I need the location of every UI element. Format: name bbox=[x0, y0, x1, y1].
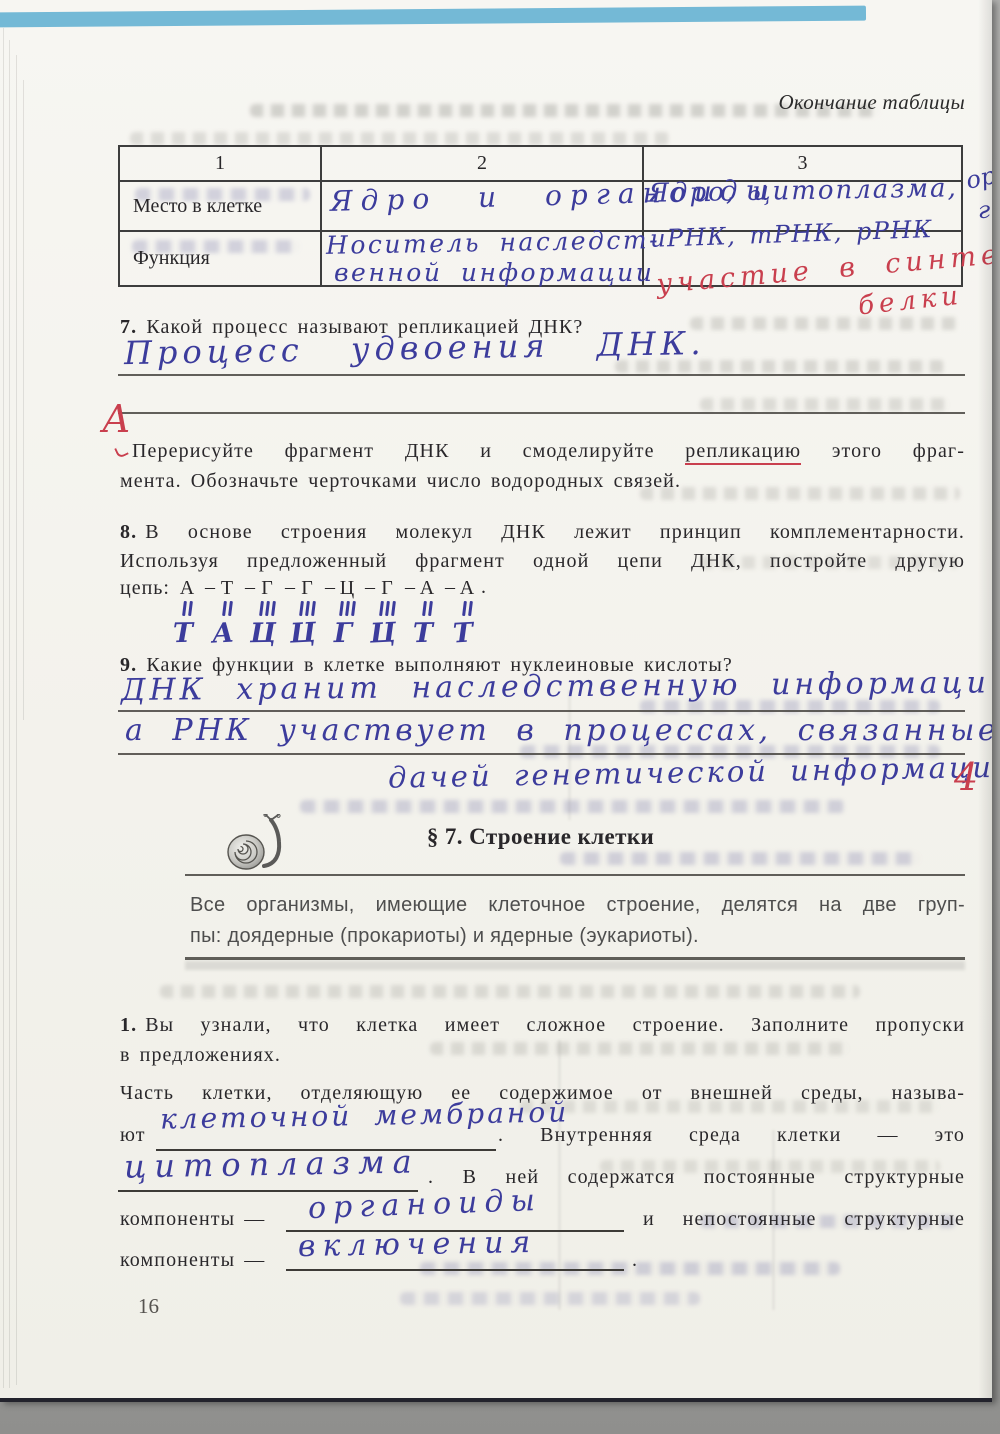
dna-base-letter: Г bbox=[370, 577, 404, 600]
complement-letter: Ц bbox=[285, 617, 321, 650]
hydrogen-bond-stroke bbox=[188, 601, 192, 616]
dna-column: ГЦ bbox=[370, 577, 404, 649]
section-rule bbox=[185, 874, 965, 876]
show-through-smudge bbox=[160, 985, 860, 998]
section-heading: § 7. Строение клетки bbox=[118, 824, 963, 850]
table-continuation-caption: Окончание таблицы bbox=[778, 90, 965, 115]
table-header-cell: 2 bbox=[322, 147, 644, 182]
fill-sentence-line: . Внутренняя среда клетки — это bbox=[498, 1120, 965, 1150]
task-line: мента. Обозначьте черточками число водор… bbox=[120, 466, 965, 496]
page-stack-edge bbox=[9, 40, 10, 1388]
handwritten-answer: венной информации bbox=[334, 260, 654, 285]
question-1: 1.Вы узнали, что клетка имеет сложное ст… bbox=[120, 1010, 965, 1070]
task-line: Перерисуйте фрагмент ДНК и смоделируйте … bbox=[120, 436, 965, 466]
fill-word: . bbox=[632, 1245, 638, 1275]
show-through-smudge bbox=[400, 1292, 700, 1305]
page-edge-shadow bbox=[978, 0, 992, 1398]
hydrogen-bond-stroke bbox=[351, 601, 355, 616]
hydrogen-bond-stroke bbox=[222, 601, 226, 616]
dna-column: АТ bbox=[410, 577, 444, 649]
teacher-margin-mark: А bbox=[102, 400, 131, 438]
question-8: 8.В основе строения молекул ДНК лежит пр… bbox=[120, 518, 965, 576]
hydrogen-bond-marks bbox=[370, 601, 404, 618]
question-line: 8.В основе строения молекул ДНК лежит пр… bbox=[120, 518, 965, 547]
dna-base-letter: Г bbox=[290, 577, 324, 600]
hydrogen-bond-stroke bbox=[339, 601, 343, 616]
question-line: в предложениях. bbox=[120, 1040, 965, 1070]
hydrogen-bond-stroke bbox=[462, 601, 466, 616]
question-line: Используя предложенный фрагмент одной це… bbox=[120, 547, 965, 576]
complement-letter: Г bbox=[326, 618, 361, 650]
blank-underline bbox=[286, 1269, 624, 1271]
hydrogen-bond-stroke bbox=[428, 601, 432, 616]
handwritten-answer: Носитель наследст- bbox=[326, 227, 660, 258]
show-through-smudge bbox=[300, 800, 845, 813]
section-rule bbox=[185, 957, 965, 960]
page-stack-edge bbox=[23, 80, 24, 720]
complement-letter: Т bbox=[166, 618, 201, 650]
handwritten-answer: ДНК хранит наследственную информацию, bbox=[121, 668, 992, 706]
show-through-smudge bbox=[560, 852, 920, 865]
hydrogen-bond-stroke bbox=[299, 601, 303, 616]
complement-letter: Ц bbox=[246, 618, 281, 650]
section-intro: Все организмы, имеющие клеточное строени… bbox=[190, 890, 965, 952]
hydrogen-bond-stroke bbox=[385, 601, 389, 616]
hydrogen-bond-marks bbox=[330, 601, 364, 618]
intro-line: Все организмы, имеющие клеточное строени… bbox=[190, 890, 965, 921]
dna-base-letter: А bbox=[170, 577, 204, 600]
hydrogen-bond-stroke bbox=[422, 601, 426, 616]
red-underlined-word: репликацию bbox=[685, 440, 801, 465]
hydrogen-bond-stroke bbox=[311, 601, 315, 616]
answer-line bbox=[118, 412, 965, 414]
complement-letter: Т bbox=[406, 618, 441, 650]
hydrogen-bond-stroke bbox=[305, 601, 309, 616]
dna-column: АТ bbox=[450, 577, 484, 649]
dna-chain-prefix: цепь: bbox=[120, 577, 170, 600]
hydrogen-bond-marks bbox=[170, 601, 204, 618]
hydrogen-bond-stroke bbox=[259, 601, 263, 616]
fill-word: компоненты — bbox=[120, 1204, 265, 1234]
dna-column: ГЦ bbox=[290, 577, 324, 649]
handwritten-blank: цитоплазма bbox=[124, 1145, 420, 1182]
hydrogen-bond-stroke bbox=[391, 601, 395, 616]
intro-line: пы: доядерные (прокариоты) и ядерные (эу… bbox=[190, 921, 965, 952]
dna-base-letter: Г bbox=[250, 577, 284, 600]
page-stack-edge bbox=[3, 28, 4, 1388]
dna-base-letter: А bbox=[410, 577, 444, 600]
answer-line bbox=[118, 710, 965, 712]
handwritten-answer: а РНК участвует в процессах, связанные с… bbox=[125, 716, 992, 746]
fill-word: компоненты — bbox=[120, 1245, 265, 1275]
hydrogen-bond-stroke bbox=[379, 601, 383, 616]
handwritten-answer: дачей генетической информации. bbox=[388, 752, 992, 792]
hydrogen-bond-marks bbox=[210, 601, 244, 618]
dna-column: ГЦ bbox=[250, 577, 284, 649]
hydrogen-bond-stroke bbox=[265, 601, 269, 616]
dna-chain-period: . bbox=[481, 576, 486, 599]
table-row-label: Функция bbox=[120, 232, 322, 285]
hydrogen-bond-marks bbox=[410, 601, 444, 618]
fill-sentence-line: и непостоянные структурные bbox=[643, 1204, 965, 1234]
question-line: 1.Вы узнали, что клетка имеет сложное ст… bbox=[120, 1010, 965, 1040]
workbook-page: Окончание таблицы 1 2 3 Место в клетке Ф… bbox=[0, 0, 992, 1402]
show-through-smudge bbox=[700, 398, 950, 411]
handwritten-answer: Ядро, цитоплазма, bbox=[648, 175, 958, 206]
dna-base-letter: А bbox=[450, 577, 484, 600]
page-number: 16 bbox=[138, 1294, 159, 1319]
dna-column: АТ bbox=[170, 577, 204, 649]
complement-letter: Ц bbox=[365, 617, 401, 650]
dna-hand-area: цепь: АТ–ТА–ГЦ–ГЦ–ЦГ–ГЦ–АТ–АТ. bbox=[120, 577, 640, 651]
hydrogen-bond-marks bbox=[450, 601, 484, 618]
hydrogen-bond-marks bbox=[290, 601, 324, 618]
hydrogen-bond-stroke bbox=[182, 601, 186, 616]
table-header-cell: 1 bbox=[120, 147, 322, 182]
hydrogen-bond-marks bbox=[250, 601, 284, 618]
complement-letter: А bbox=[205, 617, 241, 650]
dna-column: ЦГ bbox=[330, 577, 364, 649]
notebook-edge-stripe bbox=[0, 6, 866, 28]
handwritten-blank: органоиды bbox=[308, 1186, 543, 1224]
task-redraw: Перерисуйте фрагмент ДНК и смоделируйте … bbox=[120, 436, 965, 496]
rule-shadow bbox=[185, 961, 965, 970]
complement-letter: Т bbox=[445, 617, 481, 650]
page-stack-edge bbox=[16, 55, 17, 1385]
table-row-label: Место в клетке bbox=[120, 182, 322, 232]
hydrogen-bond-stroke bbox=[468, 601, 472, 616]
show-through-smudge bbox=[130, 132, 670, 145]
hydrogen-bond-stroke bbox=[345, 601, 349, 616]
fill-word: ют bbox=[120, 1120, 146, 1150]
hydrogen-bond-stroke bbox=[271, 601, 275, 616]
dna-base-letter: Т bbox=[210, 577, 244, 600]
dna-base-letter: Ц bbox=[330, 577, 364, 600]
hydrogen-bond-stroke bbox=[228, 601, 232, 616]
handwritten-answer: Процесс удвоения ДНК. bbox=[124, 327, 706, 369]
dna-column: ТА bbox=[210, 577, 244, 649]
handwritten-blank: включения bbox=[298, 1228, 538, 1262]
teacher-grade: 4 bbox=[954, 758, 978, 796]
answer-line bbox=[118, 374, 965, 376]
